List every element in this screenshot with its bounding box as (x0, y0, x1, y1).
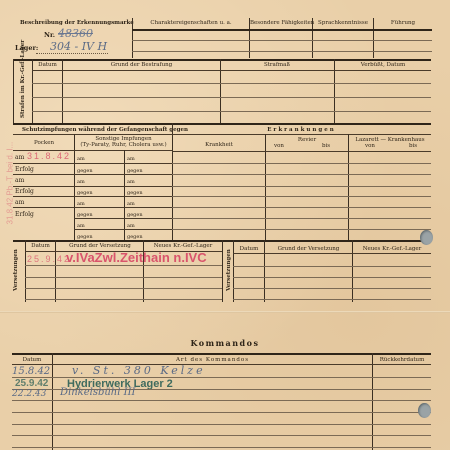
pocken-row-line-5 (13, 207, 172, 208)
lager-value: 304 - IV H (50, 40, 107, 53)
illnesses-header-rule (172, 151, 431, 152)
kommandos-top-rule (12, 353, 431, 355)
lager-label: Lager: (15, 45, 38, 51)
illnesses-row-line-6 (172, 218, 431, 219)
transfers-left-right-border (222, 240, 223, 302)
pocken-row-line-3 (13, 186, 172, 187)
kommandos-row-3-art: Dinkelsbühl III (60, 387, 135, 398)
punishments-row-line-2 (32, 97, 431, 98)
pocken-row-am-2: am (15, 178, 24, 184)
transfers-left-header-camp: Neues Kr.-Gef.-Lager (144, 243, 222, 249)
illnesses-lazarett-bis: bis (409, 143, 417, 149)
transfers-right-row-line-4 (233, 299, 431, 300)
punch-hole-upper (420, 230, 433, 245)
illnesses-row-line-2 (172, 174, 431, 175)
vaccinations-heading: Schutzimpfungen während der Gefangenscha… (22, 127, 188, 133)
pocken-row-line-4 (13, 196, 172, 197)
illnesses-row-line-4 (172, 196, 431, 197)
transfers-right-row-line-3 (233, 288, 431, 289)
pocken-row-am-3: am (15, 200, 24, 206)
transfers-left-header-reason: Grund der Versetzung (56, 243, 144, 249)
pocken-row-line-1 (13, 163, 172, 164)
transfers-left-header-date: Datum (26, 243, 55, 249)
nr-label: Nr. (44, 32, 55, 38)
transfers-left-row-line-2 (25, 277, 222, 278)
paper-fold (0, 311, 450, 313)
other-am-4b: am (127, 223, 135, 229)
punishments-header-reason: Grund der Bestrafung (63, 62, 220, 68)
kommandos-header-date: Datum (12, 357, 52, 363)
illnesses-lazarett-label: Lazarett — Krankenhaus (349, 137, 431, 143)
traits-header-abilities: Besondere Fähigkeiten (250, 20, 312, 26)
other-am-3a: am (77, 201, 85, 207)
vaccinations-right-border (172, 123, 173, 240)
kommandos-row-1-date: 15.8.42 (12, 366, 50, 377)
punishments-row-line-3 (32, 111, 431, 112)
transfers-right-row-line-2 (233, 277, 431, 278)
transfers-right-row-line-1 (233, 266, 431, 267)
punishments-col-date-left (32, 59, 33, 123)
other-am-4a: am (77, 223, 85, 229)
kommandos-row-line-6 (12, 435, 431, 436)
other-am-1b: am (127, 156, 135, 162)
punishments-header-measure: Strafmaß (221, 62, 333, 68)
transfers-left-row-line-1 (25, 265, 222, 266)
lager-dotted-line (36, 53, 108, 54)
vaccinations-pocken-label: Pocken (13, 140, 75, 146)
illnesses-col-lazarett-left (348, 134, 349, 240)
other-am-1a: am (77, 156, 85, 162)
vaccinations-other-sub: (Ty-Paraty, Ruhr, Cholera usw.) (75, 142, 172, 148)
other-am-2a: am (77, 179, 85, 185)
other-gegen-2b: gegen (127, 190, 143, 196)
illnesses-heading: Erkrankungen (172, 127, 431, 133)
kommandos-row-2-date: 25.9.42 (15, 378, 48, 389)
kommandos-title: Kommandos (150, 339, 300, 348)
punishments-col-served-left (334, 59, 335, 123)
transfers-left-row-line-3 (25, 288, 222, 289)
pocken-row-erfolg-2: Erfolg (15, 189, 34, 195)
vaccinations-top-rule (13, 123, 431, 125)
vaccinations-heading-rule (13, 134, 172, 135)
transfers-left-entry-stamp: v.IVaZwl.Zeithain n.IVC (66, 250, 207, 265)
transfers-right-header-reason: Grund der Versetzung (265, 246, 352, 252)
other-gegen-1a: gegen (77, 168, 93, 174)
other-gegen-3b: gegen (127, 212, 143, 218)
illnesses-revier-bis: bis (322, 143, 330, 149)
illnesses-row-line-1 (172, 163, 431, 164)
traits-left-border (132, 18, 133, 58)
other-gegen-2a: gegen (77, 190, 93, 196)
pocken-row-am-1: am (15, 155, 24, 161)
punishments-col-measure-left (220, 59, 221, 123)
transfers-right-side-label: Versetzungen (226, 251, 232, 291)
other-gegen-3a: gegen (77, 212, 93, 218)
kommandos-row-1-art: v. St. 380 Kelze (72, 364, 206, 377)
punishments-header-date: Datum (33, 62, 62, 68)
punishments-top-rule (13, 59, 431, 61)
transfers-left-row-line-4 (25, 299, 222, 300)
nr-value: 48360 (58, 27, 93, 40)
kommandos-row-line-7 (12, 447, 431, 448)
other-am-3b: am (127, 201, 135, 207)
other-gegen-1b: gegen (127, 168, 143, 174)
tag-heading: Beschreibung der Erkennungsmarke (20, 20, 130, 26)
illnesses-krankheit-label: Krankheit (172, 142, 266, 148)
transfers-left-col-reason-left (55, 240, 56, 302)
punishments-header-rule (32, 70, 431, 71)
punch-hole-lower (418, 403, 431, 418)
punishments-row-line-1 (32, 83, 431, 84)
traits-header-character: Charaktereigenschaften u. a. (134, 20, 248, 26)
transfers-left-col-date-left (25, 240, 26, 302)
illnesses-row-line-3 (172, 186, 431, 187)
traits-header-rule (132, 29, 432, 31)
transfers-right-header-rule (233, 253, 431, 254)
punishments-col-reason-left (62, 59, 63, 123)
punishments-side-label: Strafen im Kr.-Gef.-Lager (20, 62, 26, 118)
traits-row-line-2 (132, 51, 432, 52)
other-am-2b: am (127, 179, 135, 185)
traits-header-languages: Sprachkenntnisse (313, 20, 373, 26)
pocken-row-erfolg-3: Erfolg (15, 212, 34, 218)
pocken-am-date-stamp: 31.8.42 (27, 151, 71, 161)
illnesses-row-line-7 (172, 229, 431, 230)
illnesses-heading-rule (172, 134, 431, 135)
traits-header-conduct: Führung (374, 20, 432, 26)
transfers-right-header-date: Datum (234, 246, 264, 252)
illnesses-lazarett-von: von (365, 143, 375, 149)
pocken-row-line-2 (13, 174, 172, 175)
vaccinations-other-line-7 (74, 229, 172, 230)
transfers-right-header-camp: Neues Kr.-Gef.-Lager (353, 246, 431, 252)
kommandos-header-return: Rückkehrdatum (373, 357, 431, 363)
illnesses-col-revier-left (265, 134, 266, 240)
transfers-left-side-label: Versetzungen (13, 251, 19, 291)
punishments-header-served: Verbüßt, Datum (335, 62, 431, 68)
illnesses-revier-von: von (274, 143, 284, 149)
transfers-left-entry-date: 25.9.42 (27, 254, 71, 264)
illnesses-row-line-5 (172, 207, 431, 208)
kommandos-header-art: Art des Kommandos (53, 357, 372, 363)
traits-row-line-1 (132, 40, 432, 41)
kommandos-row-line-3 (12, 400, 431, 401)
pocken-row-erfolg-1: Erfolg (15, 167, 34, 173)
vaccinations-other-line-6 (74, 218, 172, 219)
kommandos-row-line-5 (12, 424, 431, 425)
kommandos-row-3-date: 22.2.43 (12, 389, 46, 399)
kommandos-row-line-4 (12, 412, 431, 413)
margin-vertical-stamp: 31.8.42 Pb.-T. bei d. I... (6, 105, 15, 225)
